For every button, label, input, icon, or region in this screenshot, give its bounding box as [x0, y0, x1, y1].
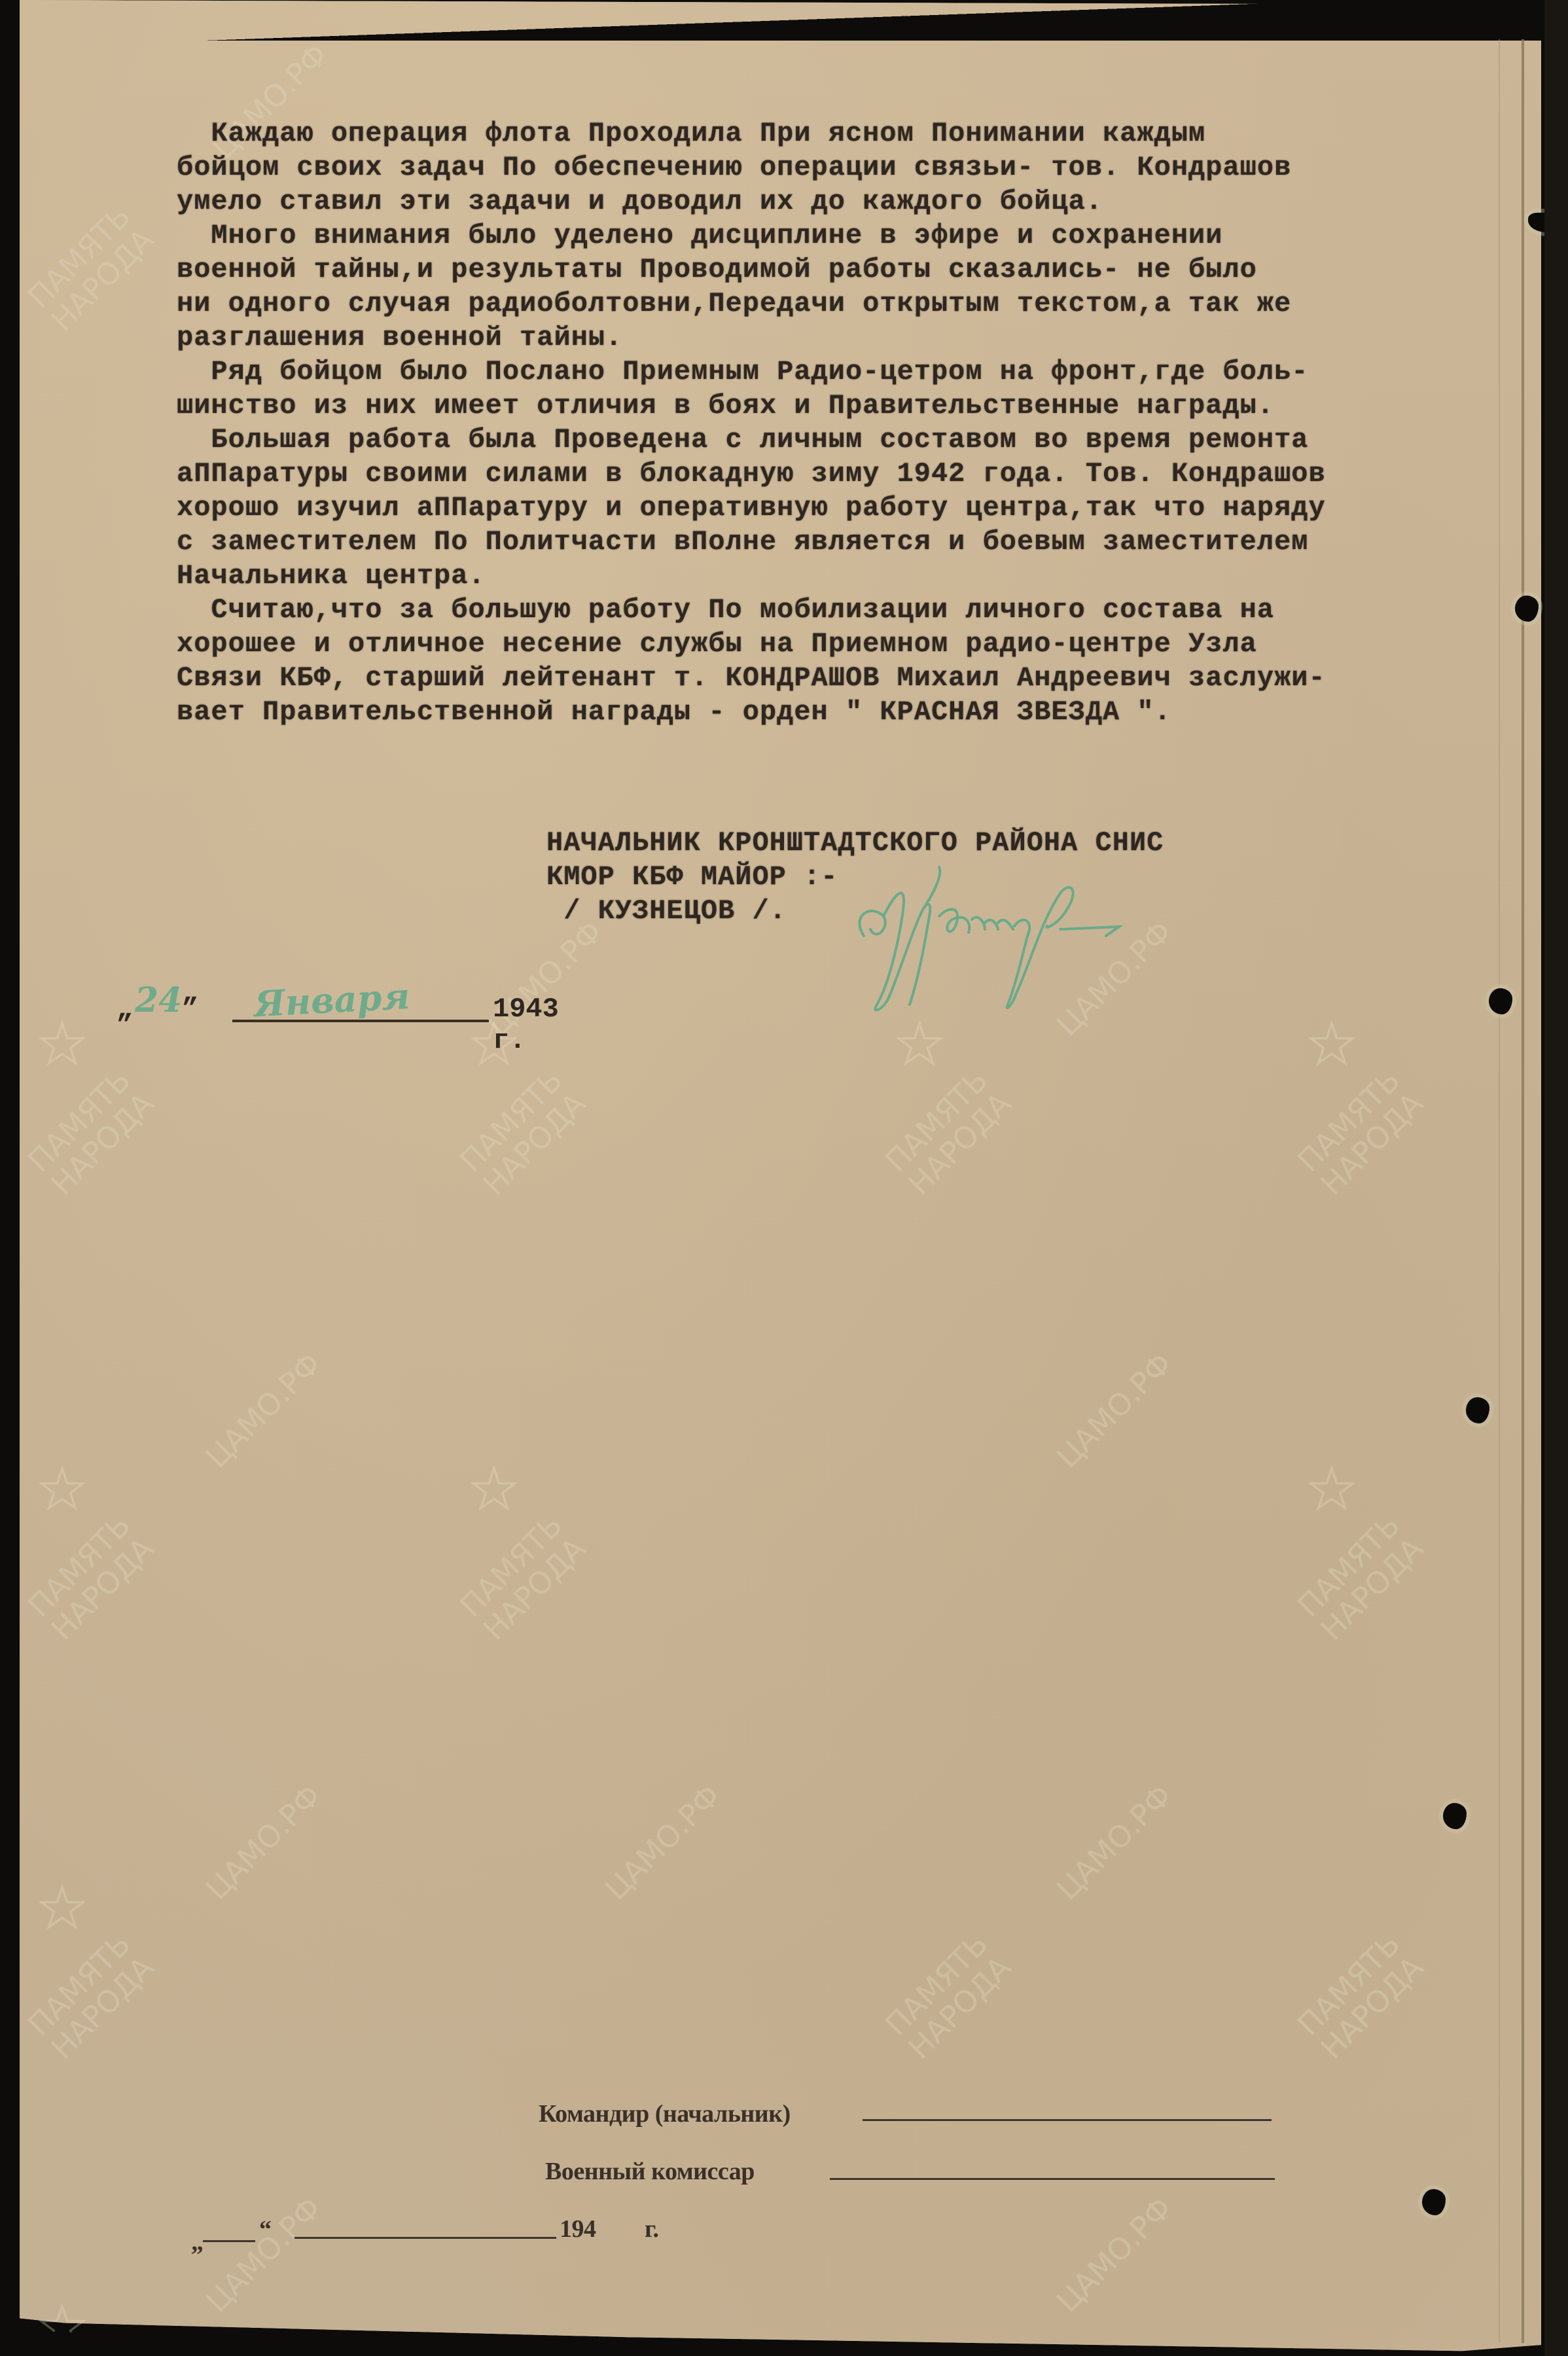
form-date-year: 194 — [560, 2215, 596, 2243]
punch-hole — [1489, 988, 1512, 1014]
page-fold-line-inner — [1499, 39, 1500, 2343]
page-fold-line — [1522, 39, 1524, 2343]
form-date-mid-quote: “ — [259, 2215, 272, 2244]
body-line: Начальника центра. — [177, 559, 1486, 593]
date-month-handwritten: Января — [253, 975, 410, 1025]
scan-border-left — [0, 0, 18, 2356]
scan-border-right — [1544, 0, 1568, 2356]
form-date-open-quote: „ — [191, 2228, 204, 2257]
form-date-suffix: г. — [645, 2215, 658, 2243]
body-line: разглашения военной тайны. — [177, 321, 1486, 355]
body-line: аППаратуры своими силами в блокадную зим… — [177, 457, 1486, 491]
body-line: ни одного случая радиоболтовни,Передачи … — [177, 287, 1486, 321]
body-line: шинство из них имеет отличия в боях и Пр… — [177, 389, 1486, 423]
date-month-underline — [232, 1020, 489, 1022]
body-line: Большая работа была Проведена с личным с… — [177, 423, 1486, 457]
body-line: хорошо изучил аППаратуру и оперативную р… — [177, 491, 1486, 525]
body-line: с заместителем По Политчасти вПолне явля… — [177, 525, 1486, 559]
signatory-title: НАЧАЛЬНИК КРОНШТАДТСКОГО РАЙОНА СНИС — [546, 826, 1164, 860]
date-open-quote: „ — [116, 993, 133, 1025]
body-line: военной тайны,и результаты Проводимой ра… — [177, 253, 1486, 287]
scan-border-top — [0, 0, 1568, 41]
body-line: бойцом своих задач По обеспечению операц… — [177, 151, 1486, 185]
commissar-signature-line — [830, 2178, 1275, 2180]
form-date-month-line — [294, 2237, 556, 2239]
date-year: 1943 г. — [493, 993, 559, 1056]
date-day-handwritten: 24 — [135, 980, 182, 1020]
punch-hole — [1515, 596, 1539, 622]
typed-body-text: Каждаю операция флота Проходила При ясно… — [177, 116, 1486, 729]
punch-hole — [1443, 1803, 1467, 1829]
scan-border-bottom — [0, 2317, 1568, 2356]
body-line: Считаю,что за большую работу По мобилиза… — [177, 593, 1486, 627]
punch-hole — [1466, 1397, 1489, 1423]
body-line: Связи КБФ, старший лейтенант т. КОНДРАШО… — [177, 661, 1486, 695]
commander-signature-line — [863, 2119, 1272, 2121]
body-line: Много внимания было уделено дисциплине в… — [177, 219, 1486, 253]
body-line: хорошее и отличное несение службы на При… — [177, 627, 1486, 661]
body-line: Ряд бойцом было Послано Приемным Радио-ц… — [177, 355, 1486, 389]
commander-label: Командир (начальник) — [539, 2099, 791, 2128]
form-date-day-line — [203, 2240, 255, 2242]
commissar-label: Военный комиссар — [545, 2157, 755, 2186]
handwritten-signature — [844, 864, 1224, 1014]
body-line: вает Правительственной награды - орден "… — [177, 695, 1486, 729]
body-line: Каждаю операция флота Проходила При ясно… — [177, 116, 1486, 151]
body-line: умело ставил эти задачи и доводил их до … — [177, 185, 1486, 219]
date-close-quote: ” — [182, 993, 198, 1025]
punch-hole — [1422, 2189, 1446, 2215]
